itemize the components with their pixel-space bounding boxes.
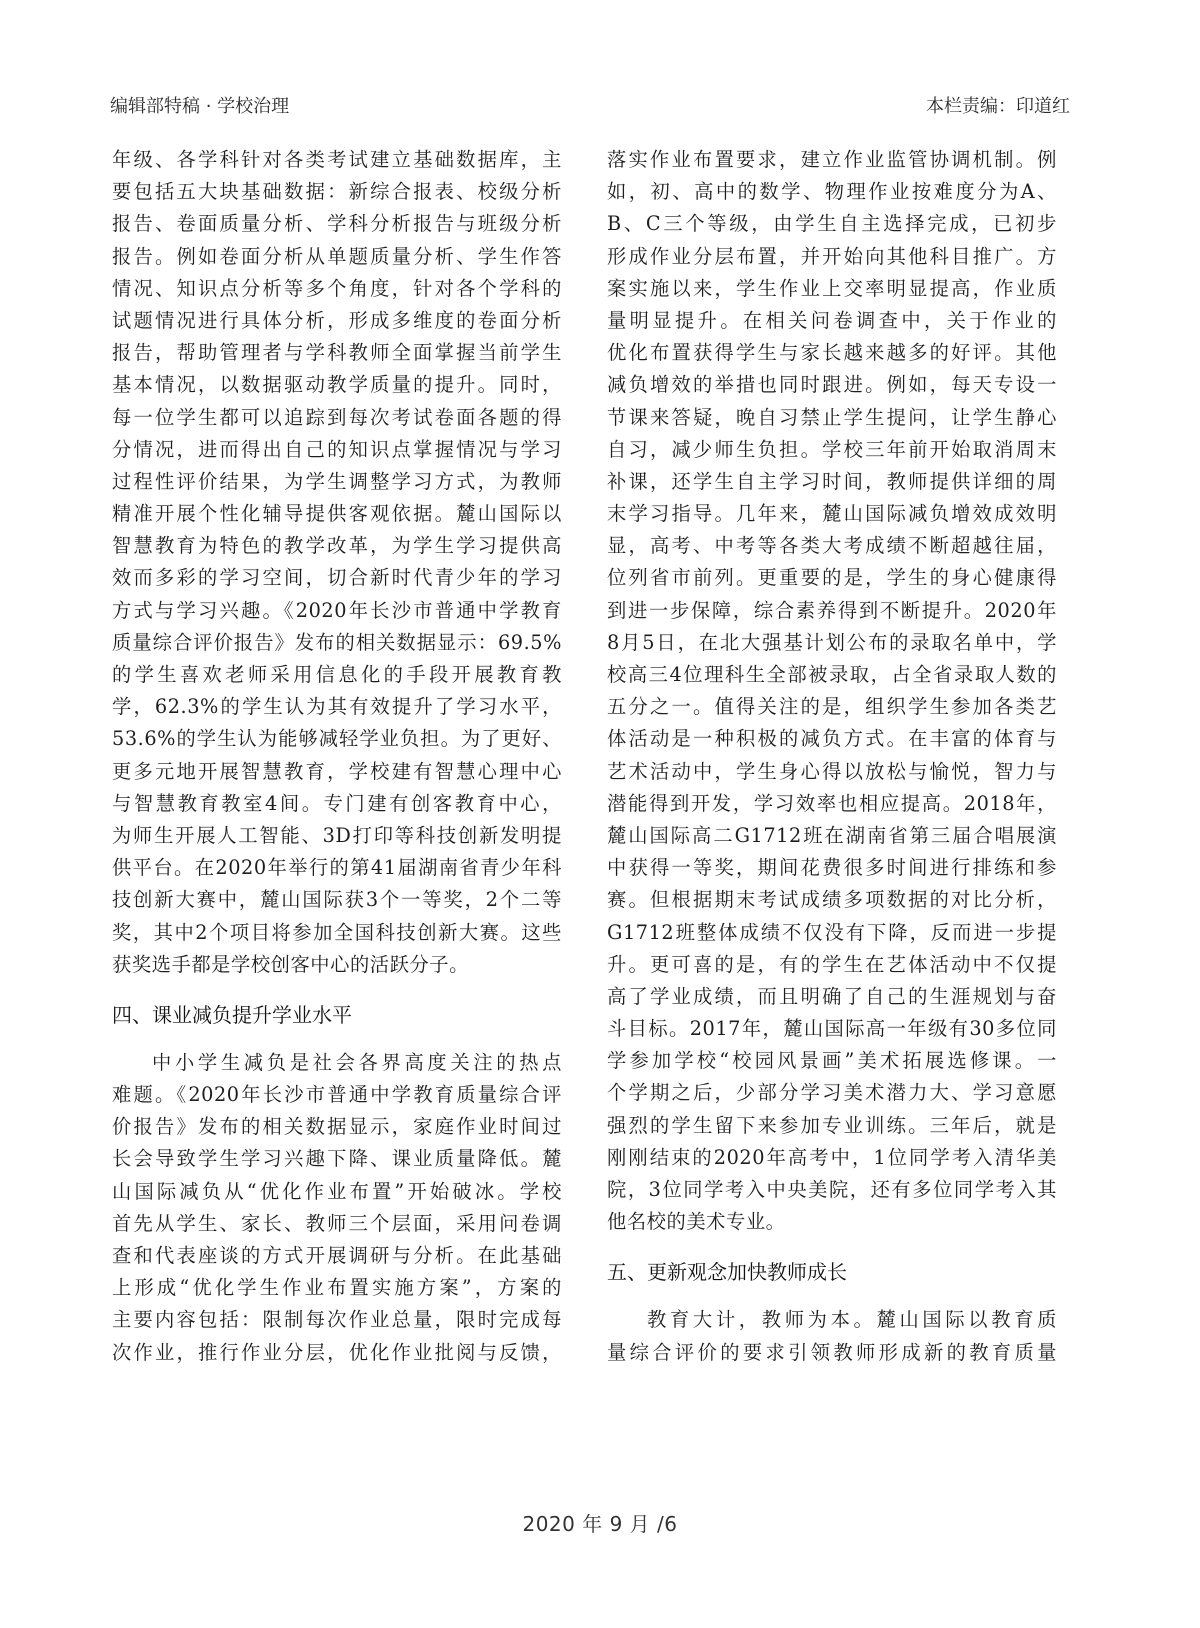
- text-line: 精准开展个性化辅导提供客观依据。麓山国际以: [112, 498, 562, 530]
- text-line: 基本情况，以数据驱动教学质量的提升。同时，: [112, 369, 562, 401]
- text-line: 教育大计，教师为本。麓山国际以教育质: [607, 1304, 1057, 1336]
- paragraph-homework-reduction: 中小学生减负是社会各界高度关注的热点难题。《2020年长沙市普通中学教育质量综合…: [112, 1047, 562, 1369]
- text-line: 报告、卷面质量分析、学科分析报告与班级分析: [112, 208, 562, 240]
- text-line: 方式与学习兴趣。《2020年长沙市普通中学教育: [112, 595, 562, 627]
- text-line: 校高三4位理科生全部被录取，占全省录取人数的: [607, 659, 1057, 691]
- right-column: 落实作业布置要求，建立作业监管协调机制。例如，初、高中的数学、物理作业按难度分为…: [607, 144, 1057, 1369]
- text-line: 艺术活动中，学生身心得以放松与愉悦，智力与: [607, 756, 1057, 788]
- text-line: 53.6%的学生认为能够减轻学业负担。为了更好、: [112, 723, 562, 755]
- text-line: 个学期之后，少部分学习美术潜力大、学习意愿: [607, 1077, 1057, 1109]
- text-line: 更多元地开展智慧教育，学校建有智慧心理中心: [112, 756, 562, 788]
- text-line: 节课来答疑，晚自习禁止学生提问，让学生静心: [607, 402, 1057, 434]
- text-line: 过程性评价结果，为学生调整学习方式，为教师: [112, 466, 562, 498]
- text-line: 潜能得到开发，学习效率也相应提高。2018年，: [607, 788, 1057, 820]
- text-line: 查和代表座谈的方式开展调研与分析。在此基础: [112, 1240, 562, 1272]
- text-line: 供平台。在2020年举行的第41届湖南省青少年科: [112, 852, 562, 884]
- text-line: 斗目标。2017年，麓山国际高一年级有30多位同: [607, 1013, 1057, 1045]
- text-line: 院，3位同学考入中央美院，还有多位同学考入其: [607, 1174, 1057, 1206]
- text-line: 高了学业成绩，而且明确了自己的生涯规划与奋: [607, 981, 1057, 1013]
- text-line: 首先从学生、家长、教师三个层面，采用问卷调: [112, 1208, 562, 1240]
- paragraph-teacher-growth: 教育大计，教师为本。麓山国际以教育质量综合评价的要求引领教师形成新的教育质量: [607, 1304, 1057, 1368]
- text-line: 智慧教育为特色的教学改革，为学生学习提供高: [112, 530, 562, 562]
- text-line: 山国际减负从“优化作业布置”开始破冰。学校: [112, 1176, 562, 1208]
- paragraph-data-analysis: 年级、各学科针对各类考试建立基础数据库，主要包括五大块基础数据：新综合报表、校级…: [112, 144, 562, 981]
- text-line: 量综合评价的要求引领教师形成新的教育质量: [607, 1337, 1057, 1369]
- text-line: 次作业，推行作业分层，优化作业批阅与反馈，: [112, 1337, 562, 1369]
- text-line: 末学习指导。几年来，麓山国际减负增效成效明: [607, 498, 1057, 530]
- text-line: 效而多彩的学习空间，切合新时代青少年的学习: [112, 562, 562, 594]
- editor-credit: 本栏责编：印道红: [926, 92, 1070, 118]
- text-line: 形成作业分层布置，并开始向其他科目推广。方: [607, 241, 1057, 273]
- page-header: 编辑部特稿 · 学校治理 本栏责编：印道红: [110, 88, 1070, 118]
- text-line: 情况、知识点分析等多个角度，针对各个学科的: [112, 273, 562, 305]
- text-line: 体活动是一种积极的减负方式。在丰富的体育与: [607, 723, 1057, 755]
- section-label: 编辑部特稿 · 学校治理: [110, 92, 289, 118]
- text-line: 优化布置获得学生与家长越来越多的好评。其他: [607, 337, 1057, 369]
- text-line: 主要内容包括：限制每次作业总量，限时完成每: [112, 1304, 562, 1336]
- text-line: 中小学生减负是社会各界高度关注的热点: [112, 1047, 562, 1079]
- text-line: 他名校的美术专业。: [607, 1206, 1057, 1238]
- text-line: 刚刚结束的2020年高考中，1位同学考入清华美: [607, 1142, 1057, 1174]
- text-line: 量明显提升。在相关问卷调查中，关于作业的: [607, 305, 1057, 337]
- text-line: 上形成“优化学生作业布置实施方案”，方案的: [112, 1272, 562, 1304]
- text-line: 价报告》发布的相关数据显示，家庭作业时间过: [112, 1111, 562, 1143]
- text-line: 补课，还学生自主学习时间，教师提供详细的周: [607, 466, 1057, 498]
- text-line: 技创新大赛中，麓山国际获3个一等奖，2个二等: [112, 884, 562, 916]
- text-line: 每一位学生都可以追踪到每次考试卷面各题的得: [112, 402, 562, 434]
- text-line: 报告。例如卷面分析从单题质量分析、学生作答: [112, 241, 562, 273]
- section-heading-4: 四、课业减负提升学业水平: [112, 999, 562, 1031]
- text-line: 年级、各学科针对各类考试建立基础数据库，主: [112, 144, 562, 176]
- text-line: 案实施以来，学生作业上交率明显提高，作业质: [607, 273, 1057, 305]
- text-line: 学，62.3%的学生认为其有效提升了学习水平，: [112, 691, 562, 723]
- text-line: 难题。《2020年长沙市普通中学教育质量综合评: [112, 1079, 562, 1111]
- text-line: 显，高考、中考等各类大考成绩不断超越往届，: [607, 530, 1057, 562]
- text-line: 学参加学校“校园风景画”美术拓展选修课。一: [607, 1045, 1057, 1077]
- text-line: 强烈的学生留下来参加专业训练。三年后，就是: [607, 1110, 1057, 1142]
- text-line: 升。更可喜的是，有的学生在艺体活动中不仅提: [607, 949, 1057, 981]
- text-line: 如，初、高中的数学、物理作业按难度分为A、: [607, 176, 1057, 208]
- text-line: 获奖选手都是学校创客中心的活跃分子。: [112, 949, 562, 981]
- page-number-footer: 2020 年 9 月 /6: [0, 1508, 1200, 1537]
- text-line: 赛。但根据期末考试成绩多项数据的对比分析，: [607, 884, 1057, 916]
- text-line: 中获得一等奖，期间花费很多时间进行排练和参: [607, 852, 1057, 884]
- text-line: 报告，帮助管理者与学科教师全面掌握当前学生: [112, 337, 562, 369]
- text-line: 自习，减少师生负担。学校三年前开始取消周末: [607, 434, 1057, 466]
- section-heading-5: 五、更新观念加快教师成长: [607, 1256, 1057, 1288]
- text-line: 质量综合评价报告》发布的相关数据显示：69.5%: [112, 627, 562, 659]
- text-line: 位列省市前列。更重要的是，学生的身心健康得: [607, 562, 1057, 594]
- text-line: 减负增效的举措也同时跟进。例如，每天专设一: [607, 369, 1057, 401]
- text-line: G1712班整体成绩不仅没有下降，反而进一步提: [607, 917, 1057, 949]
- text-line: 五分之一。值得关注的是，组织学生参加各类艺: [607, 691, 1057, 723]
- text-line: 到进一步保障，综合素养得到不断提升。2020年: [607, 595, 1057, 627]
- text-line: 为师生开展人工智能、3D打印等科技创新发明提: [112, 820, 562, 852]
- text-line: 的学生喜欢老师采用信息化的手段开展教育教: [112, 659, 562, 691]
- text-line: 与智慧教育教室4间。专门建有创客教育中心，: [112, 788, 562, 820]
- text-line: 落实作业布置要求，建立作业监管协调机制。例: [607, 144, 1057, 176]
- text-line: 8月5日，在北大强基计划公布的录取名单中，学: [607, 627, 1057, 659]
- left-column: 年级、各学科针对各类考试建立基础数据库，主要包括五大块基础数据：新综合报表、校级…: [112, 144, 562, 1369]
- text-line: 长会导致学生学习兴趣下降、课业质量降低。麓: [112, 1143, 562, 1175]
- text-line: 麓山国际高二G1712班在湖南省第三届合唱展演: [607, 820, 1057, 852]
- text-line: 奖，其中2个项目将参加全国科技创新大赛。这些: [112, 917, 562, 949]
- text-line: 要包括五大块基础数据：新综合报表、校级分析: [112, 176, 562, 208]
- text-line: B、C三个等级，由学生自主选择完成，已初步: [607, 208, 1057, 240]
- text-line: 分情况，进而得出自己的知识点掌握情况与学习: [112, 434, 562, 466]
- text-line: 试题情况进行具体分析，形成多维度的卷面分析: [112, 305, 562, 337]
- paragraph-homework-outcomes: 落实作业布置要求，建立作业监管协调机制。例如，初、高中的数学、物理作业按难度分为…: [607, 144, 1057, 1238]
